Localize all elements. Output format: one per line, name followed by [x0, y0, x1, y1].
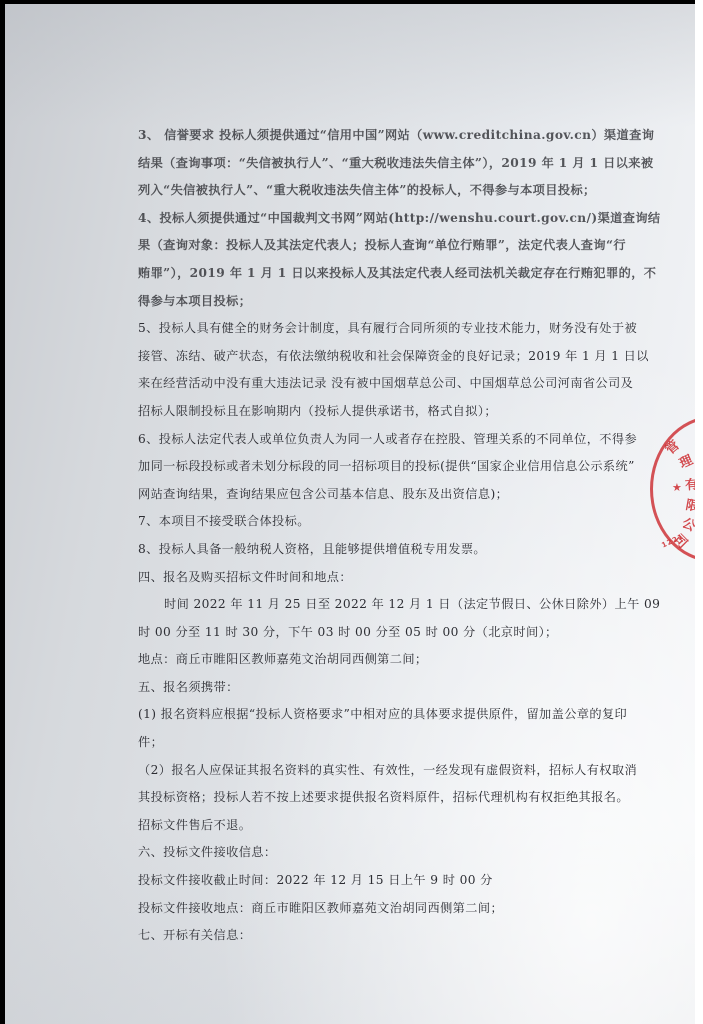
- line-qualification-7: 7、本项目不接受联合体投标。: [138, 508, 608, 536]
- section-heading-7: 七、开标有关信息：: [138, 922, 608, 950]
- line-qualification-4-c: 贿罪”），2019 年 1 月 1 日以来投标人及其法定代表人经司法机关裁定存在…: [138, 260, 608, 288]
- section-heading-6: 六、投标文件接收信息：: [138, 839, 608, 867]
- document-body: 3、 信誉要求 投标人须提供通过“信用中国”网站（www.creditchina…: [138, 122, 608, 950]
- seal-star-icon: ★: [672, 481, 682, 494]
- line-qualification-6-c: 网站查询结果，查询结果应包含公司基本信息、股东及出资信息)；: [138, 481, 608, 509]
- line-qualification-4-a: 4、投标人须提供通过“中国裁判文书网”网站(http://wenshu.cour…: [138, 205, 608, 233]
- line-qualification-5-b: 接管、冻结、破产状态，有依法缴纳税收和社会保障资金的良好记录；2019 年 1 …: [138, 343, 608, 371]
- line-qualification-6-b: 加同一标段投标或者未划分标段的同一招标项目的投标(提供“国家企业信用信息公示系统…: [138, 453, 608, 481]
- seal-char: 限: [684, 494, 695, 515]
- line-bid-location: 投标文件接收地点：商丘市睢阳区教师嘉苑文治胡同西侧第二间；: [138, 895, 608, 923]
- line-registration-time-b: 时 00 分至 11 时 30 分，下午 03 时 00 分至 05 时 00 …: [138, 619, 608, 647]
- scan-edge: [695, 0, 703, 1024]
- red-company-seal: 管 理 有 限 公 司 ★ 1221: [650, 416, 695, 562]
- line-registration-item-1-b: 件；: [138, 729, 608, 757]
- line-qualification-4-d: 得参与本项目投标；: [138, 288, 608, 316]
- line-bid-deadline: 投标文件接收截止时间：2022 年 12 月 15 日上午 9 时 00 分: [138, 867, 608, 895]
- line-registration-location: 地点：商丘市睢阳区教师嘉苑文治胡同西侧第二间；: [138, 646, 608, 674]
- line-qualification-4-b: 果（查询对象：投标人及其法定代表人；投标人查询“单位行贿罪”，法定代表人查询“行: [138, 232, 608, 260]
- line-qualification-8: 8、投标人具备一般纳税人资格，且能够提供增值税专用发票。: [138, 536, 608, 564]
- line-registration-item-2-a: （2）报名人应保证其报名资料的真实性、有效性，一经发现有虚假资料，招标人有权取消: [138, 757, 608, 785]
- line-qualification-5-c: 来在经营活动中没有重大违法记录 没有被中国烟草总公司、中国烟草总公司河南省公司及: [138, 370, 608, 398]
- line-registration-item-2-c: 招标文件售后不退。: [138, 812, 608, 840]
- line-qualification-3-a: 3、 信誉要求 投标人须提供通过“信用中国”网站（www.creditchina…: [138, 122, 608, 150]
- seal-char: 理: [676, 449, 695, 472]
- line-qualification-6-a: 6、投标人法定代表人或单位负责人为同一人或者存在控股、管理关系的不同单位，不得参: [138, 426, 608, 454]
- line-registration-time-a: 时间 2022 年 11 月 25 日至 2022 年 12 月 1 日（法定节…: [138, 591, 608, 619]
- line-qualification-3-c: 列入“失信被执行人”、“重大税收违法失信主体”的投标人，不得参与本项目投标；: [138, 177, 608, 205]
- section-heading-5: 五、报名须携带：: [138, 674, 608, 702]
- line-registration-item-2-b: 其投标资格；投标人若不按上述要求提供报名资料原件，招标代理机构有权拒绝其报名。: [138, 784, 608, 812]
- seal-char: 有: [684, 473, 695, 493]
- line-qualification-5-a: 5、投标人具有健全的财务会计制度，具有履行合同所须的专业技术能力，财务没有处于被: [138, 315, 608, 343]
- line-qualification-3-b: 结果（查询事项：“失信被执行人”、“重大税收违法失信主体”），2019 年 1 …: [138, 150, 608, 178]
- line-registration-item-1-a: (1) 报名资料应根据“投标人资格要求”中相对应的具体要求提供原件，留加盖公章的…: [138, 701, 608, 729]
- line-qualification-5-d: 招标人限制投标且在影响期内（投标人提供承诺书，格式自拟）；: [138, 398, 608, 426]
- section-heading-4: 四、报名及购买招标文件时间和地点：: [138, 564, 608, 592]
- scanned-document-page: 3、 信誉要求 投标人须提供通过“信用中国”网站（www.creditchina…: [5, 4, 695, 1024]
